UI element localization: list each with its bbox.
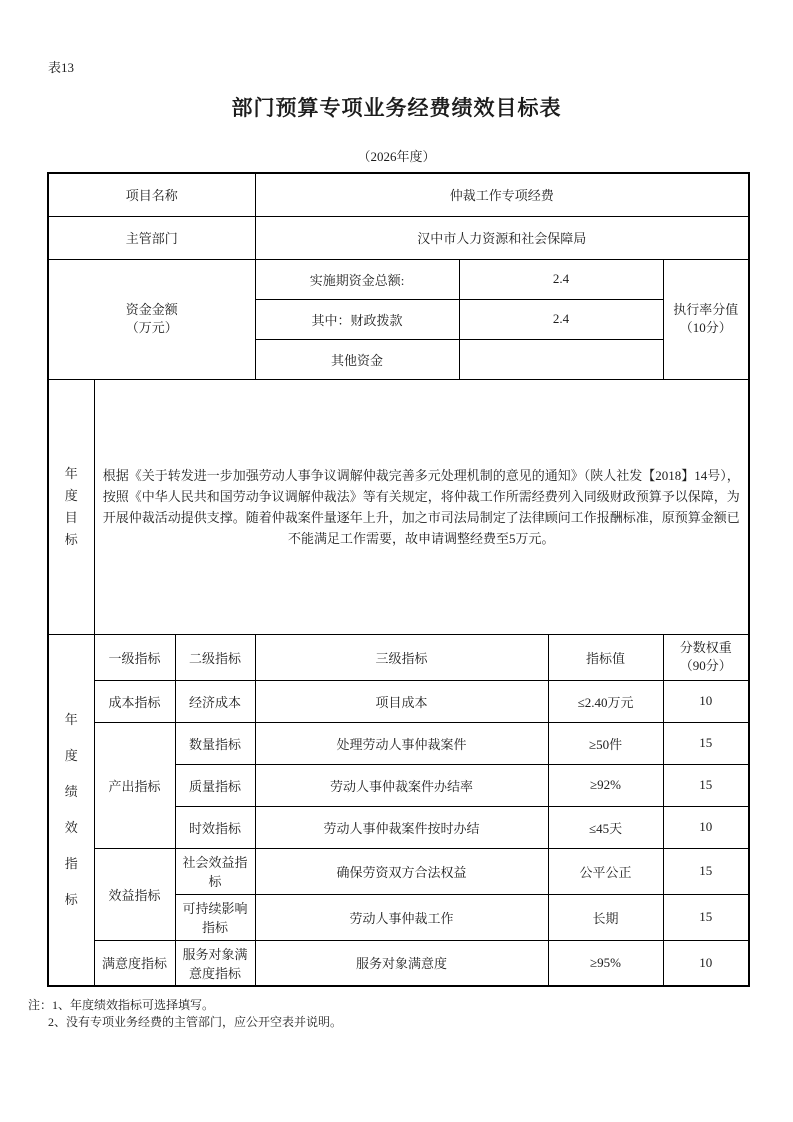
funding-total-row: 资金金额 （万元） 实施期资金总额: 2.4 执行率分值 （10分） xyxy=(48,259,749,299)
project-name-value: 仲裁工作专项经费 xyxy=(255,173,749,216)
sustainability-level3: 劳动人事仲裁工作 xyxy=(255,894,548,940)
annual-goal-row: 年度目标 根据《关于转发进一步加强劳动人事争议调解仲裁完善多元处理机制的意见的通… xyxy=(48,379,749,634)
sustainability-level2: 可持续影响指标 xyxy=(175,894,255,940)
funding-total-value: 2.4 xyxy=(459,259,663,299)
page-title: 部门预算专项业务经费绩效目标表 xyxy=(0,92,793,122)
benefit-level1: 效益指标 xyxy=(94,848,175,940)
header-level2: 二级指标 xyxy=(175,634,255,680)
header-level1: 一级指标 xyxy=(94,634,175,680)
document-page: 表13 部门预算专项业务经费绩效目标表 （2026年度） 项目名称 仲裁工作专项… xyxy=(0,0,793,1122)
cost-level1: 成本指标 xyxy=(94,680,175,722)
cost-level2: 经济成本 xyxy=(175,680,255,722)
indicator-row-quantity: 产出指标 数量指标 处理劳动人事仲裁案件 ≥50件 15 xyxy=(48,722,749,764)
annual-goal-label-cell: 年度目标 xyxy=(48,379,94,634)
funding-other-value xyxy=(459,339,663,379)
quality-level2: 质量指标 xyxy=(175,764,255,806)
page-subtitle: （2026年度） xyxy=(0,146,793,165)
indicators-section-label-cell: 年度绩效指标 xyxy=(48,634,94,986)
funding-other-label: 其他资金 xyxy=(255,339,459,379)
satisfaction-weight: 10 xyxy=(663,940,749,986)
header-level3: 三级指标 xyxy=(255,634,548,680)
satisfaction-value: ≥95% xyxy=(548,940,663,986)
social-benefit-value: 公平公正 xyxy=(548,848,663,894)
header-score-weight-line1: 分数权重 xyxy=(668,639,745,657)
quality-level3: 劳动人事仲裁案件办结率 xyxy=(255,764,548,806)
footnotes: 注：1、年度绩效指标可选择填写。 2、没有专项业务经费的主管部门，应公开空表并说… xyxy=(28,997,342,1030)
cost-level3: 项目成本 xyxy=(255,680,548,722)
cost-weight: 10 xyxy=(663,680,749,722)
sustainability-value: 长期 xyxy=(548,894,663,940)
project-name-row: 项目名称 仲裁工作专项经费 xyxy=(48,173,749,216)
sustainability-weight: 15 xyxy=(663,894,749,940)
quantity-weight: 15 xyxy=(663,722,749,764)
department-label: 主管部门 xyxy=(48,216,255,259)
social-benefit-level3: 确保劳资双方合法权益 xyxy=(255,848,548,894)
timeliness-level2: 时效指标 xyxy=(175,806,255,848)
indicators-header-row: 年度绩效指标 一级指标 二级指标 三级指标 指标值 分数权重 （90分） xyxy=(48,634,749,680)
quality-weight: 15 xyxy=(663,764,749,806)
department-row: 主管部门 汉中市人力资源和社会保障局 xyxy=(48,216,749,259)
execution-rate-score-label: 执行率分值 （10分） xyxy=(663,259,749,379)
timeliness-weight: 10 xyxy=(663,806,749,848)
timeliness-level3: 劳动人事仲裁案件按时办结 xyxy=(255,806,548,848)
indicator-row-cost: 成本指标 经济成本 项目成本 ≤2.40万元 10 xyxy=(48,680,749,722)
satisfaction-level2: 服务对象满意度指标 xyxy=(175,940,255,986)
funding-fiscal-value: 2.4 xyxy=(459,299,663,339)
header-score-weight: 分数权重 （90分） xyxy=(663,634,749,680)
execution-rate-score-line1: 执行率分值 xyxy=(668,301,745,319)
satisfaction-level1: 满意度指标 xyxy=(94,940,175,986)
funding-amount-label-line1: 资金金额 xyxy=(53,301,251,319)
quality-value: ≥92% xyxy=(548,764,663,806)
output-level1: 产出指标 xyxy=(94,722,175,848)
footnote-2: 2、没有专项业务经费的主管部门，应公开空表并说明。 xyxy=(28,1014,342,1031)
satisfaction-level3: 服务对象满意度 xyxy=(255,940,548,986)
funding-total-label: 实施期资金总额: xyxy=(255,259,459,299)
quantity-level2: 数量指标 xyxy=(175,722,255,764)
quantity-level3: 处理劳动人事仲裁案件 xyxy=(255,722,548,764)
funding-amount-label: 资金金额 （万元） xyxy=(48,259,255,379)
table-number-label: 表13 xyxy=(48,57,74,76)
indicators-section-label: 年度绩效指标 xyxy=(64,702,79,918)
header-indicator-value: 指标值 xyxy=(548,634,663,680)
footnote-1: 注：1、年度绩效指标可选择填写。 xyxy=(28,997,342,1014)
quantity-value: ≥50件 xyxy=(548,722,663,764)
social-benefit-weight: 15 xyxy=(663,848,749,894)
project-name-label: 项目名称 xyxy=(48,173,255,216)
timeliness-value: ≤45天 xyxy=(548,806,663,848)
budget-performance-table: 项目名称 仲裁工作专项经费 主管部门 汉中市人力资源和社会保障局 资金金额 （万… xyxy=(47,172,750,987)
execution-rate-score-line2: （10分） xyxy=(668,319,745,337)
indicator-row-satisfaction: 满意度指标 服务对象满意度指标 服务对象满意度 ≥95% 10 xyxy=(48,940,749,986)
funding-amount-label-line2: （万元） xyxy=(53,319,251,337)
indicator-row-social-benefit: 效益指标 社会效益指标 确保劳资双方合法权益 公平公正 15 xyxy=(48,848,749,894)
cost-value: ≤2.40万元 xyxy=(548,680,663,722)
annual-goal-label: 年度目标 xyxy=(64,463,79,551)
funding-fiscal-label: 其中：财政拨款 xyxy=(255,299,459,339)
header-score-weight-line2: （90分） xyxy=(668,657,745,675)
social-benefit-level2: 社会效益指标 xyxy=(175,848,255,894)
department-value: 汉中市人力资源和社会保障局 xyxy=(255,216,749,259)
annual-goal-text: 根据《关于转发进一步加强劳动人事争议调解仲裁完善多元处理机制的意见的通知》（陕人… xyxy=(94,379,749,634)
